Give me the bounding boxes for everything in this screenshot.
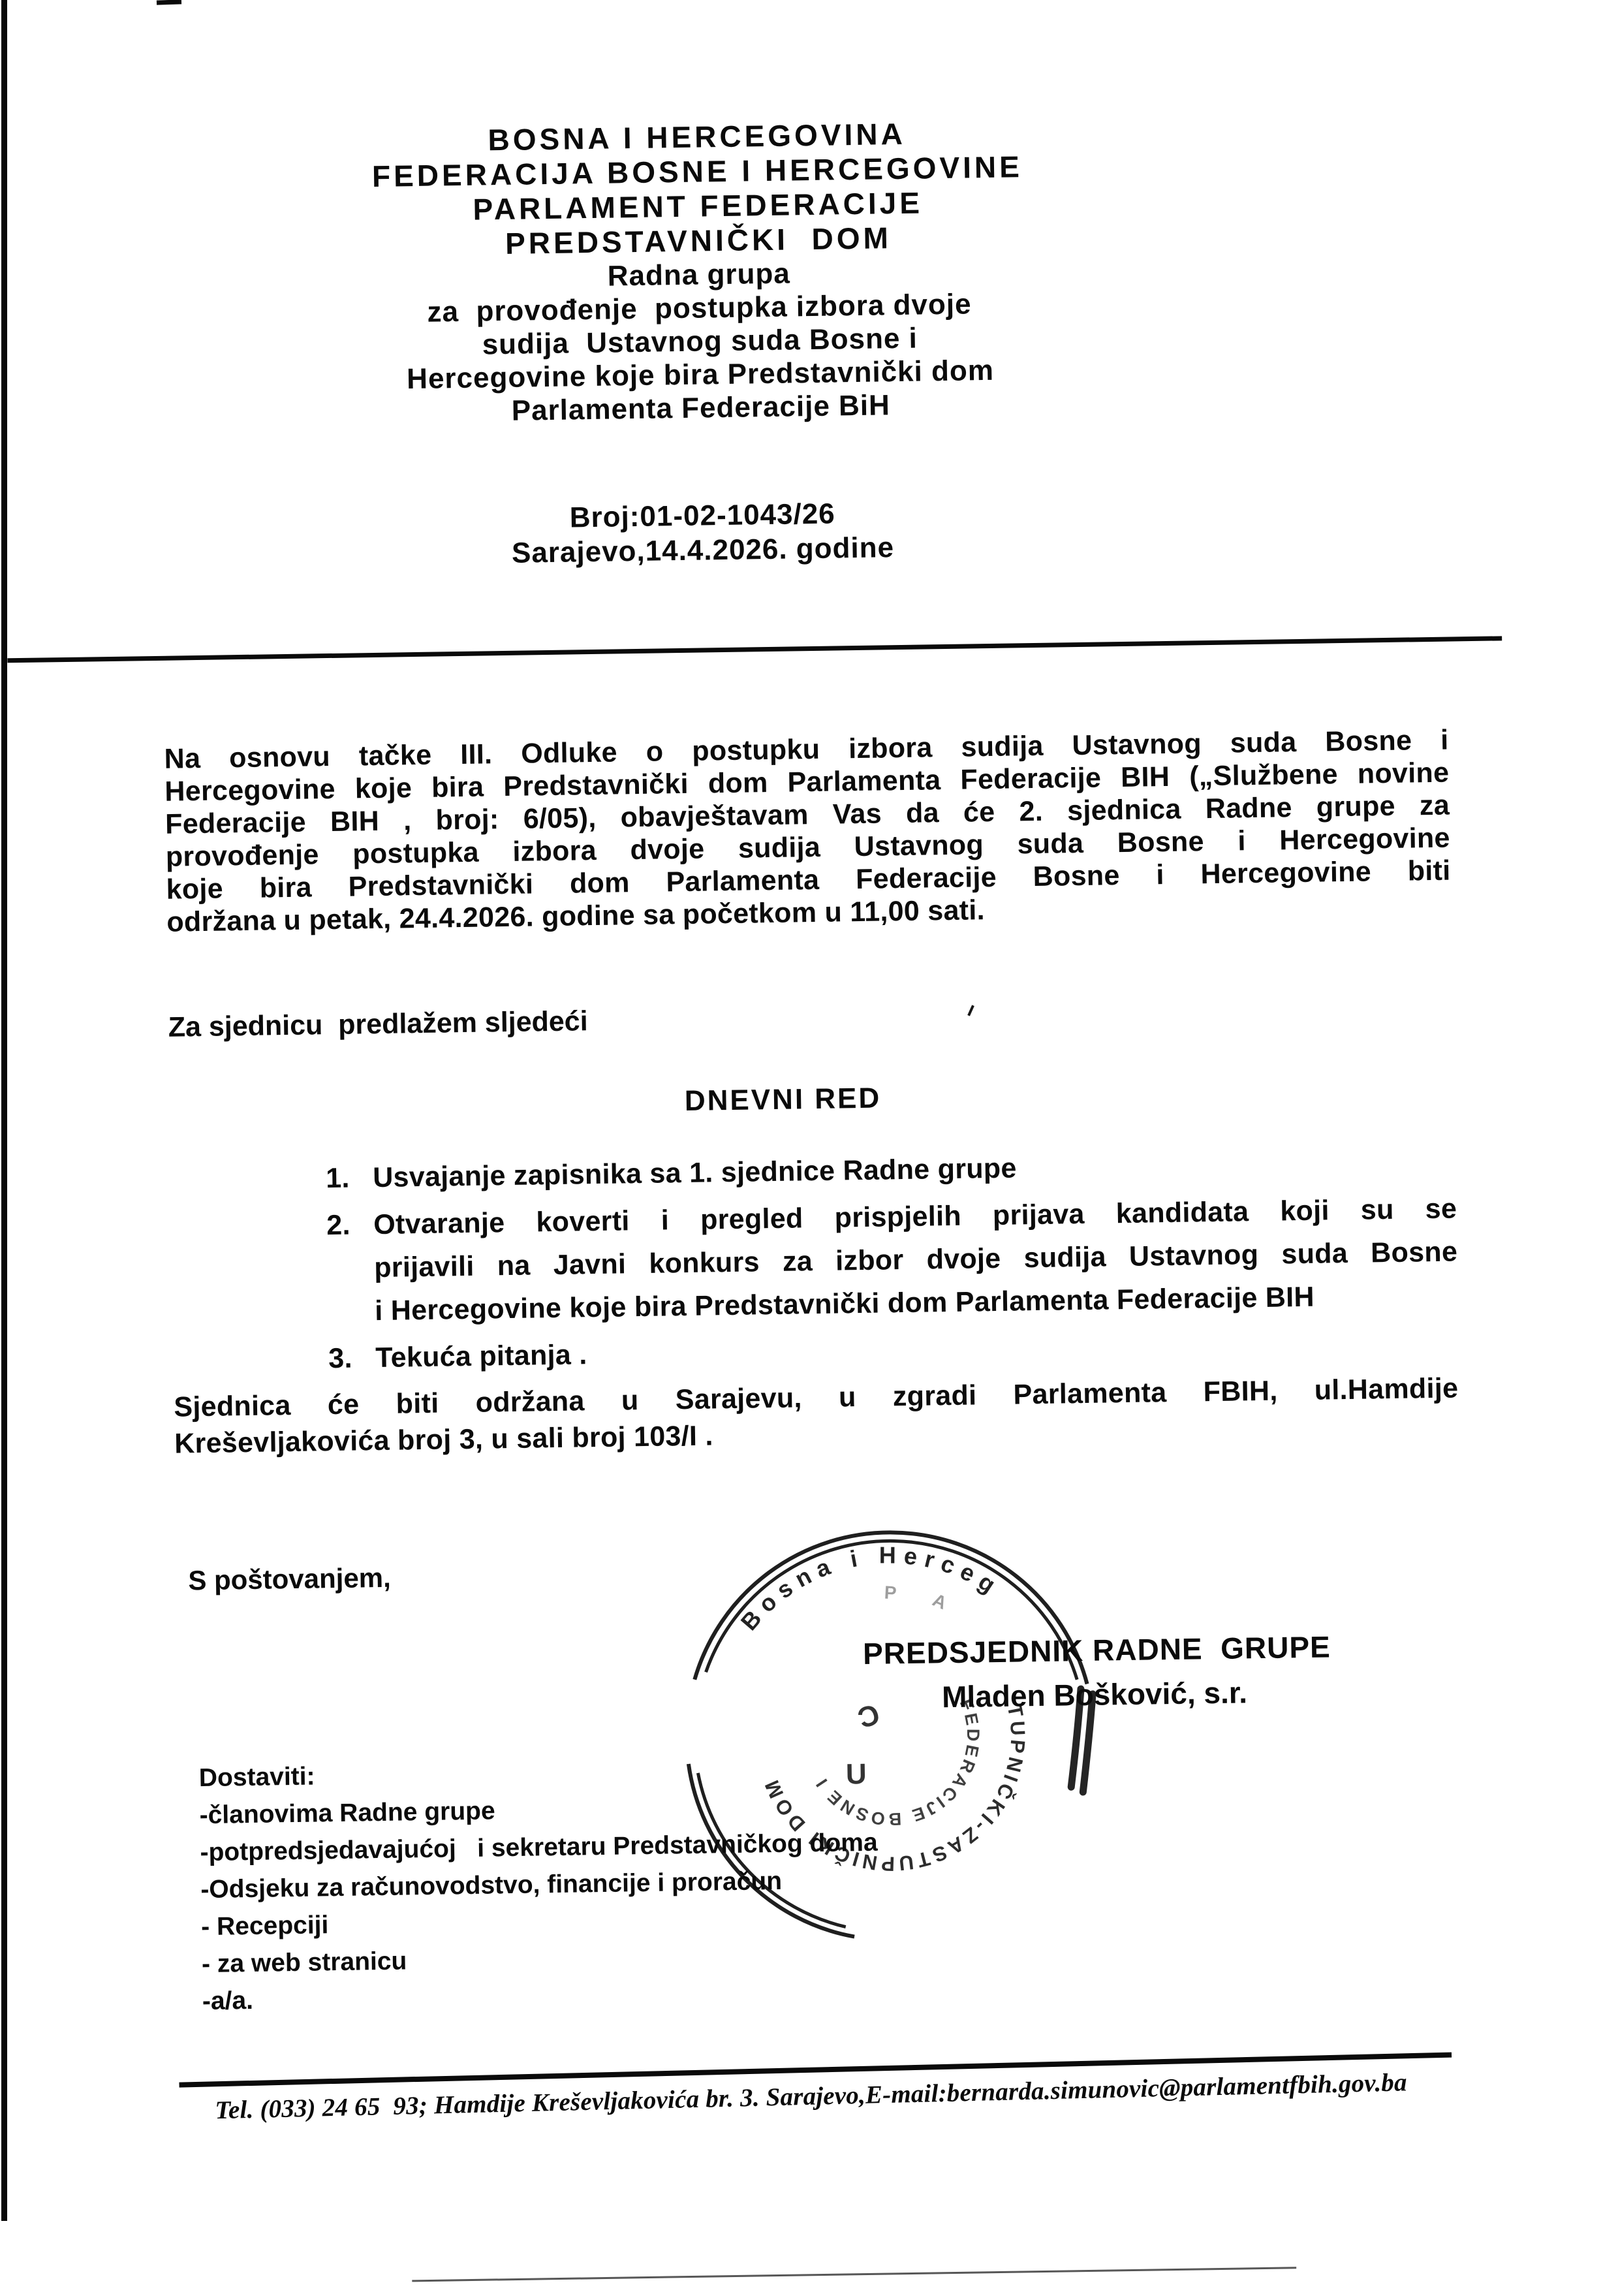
reference-block: Broj:01-02-1043/26 Sarajevo,14.4.2026. g… (0, 488, 1408, 578)
agenda-item-number: 2. (326, 1203, 375, 1333)
bottom-scan-line (412, 2267, 1296, 2282)
letterhead: BOSNA I HERCEGOVINA FEDERACIJA BOSNE I H… (0, 110, 1406, 435)
signature-title: PREDSJEDNIK RADNE GRUPE (863, 1629, 1331, 1671)
distribution-list: Dostaviti: -članovima Radne grupe -potpr… (198, 1750, 880, 2020)
agenda-item-number: 3. (328, 1336, 376, 1380)
footer: Tel. (033) 24 65 93; Hamdije Kreševljako… (174, 2050, 1545, 2126)
header-divider-rule (7, 636, 1502, 663)
closing-salutation: S poštovanjem, (188, 1562, 391, 1597)
stamp-center-glyph: Ɔ (854, 1698, 884, 1735)
agenda-title: DNEVNI RED (6, 1072, 1559, 1127)
signature-name: Mladen Bošković, s.r. (942, 1675, 1248, 1714)
location-paragraph: Sjednica će biti održana u Sarajevu, u z… (174, 1370, 1459, 1462)
agenda-item: 2. Otvaranje koverti i pregled prispjeli… (326, 1187, 1464, 1333)
agenda-item-number: 1. (326, 1156, 373, 1200)
document-content: BOSNA I HERCEGOVINA FEDERACIJA BOSNE I H… (0, 0, 1618, 2296)
stray-tick-mark (967, 1005, 974, 1016)
footer-contact-line: Tel. (033) 24 65 93; Hamdije Kreševljako… (215, 2064, 1545, 2125)
agenda-list: 1. Usvajanje zapisnika sa 1. sjednice Ra… (326, 1140, 1465, 1384)
intro-paragraph: Na osnovu tačke III. Odluke o postupku i… (164, 724, 1451, 939)
proposal-line: Za sjednicu predlažem sljedeći (168, 1005, 588, 1044)
scanned-letter-page: BOSNA I HERCEGOVINA FEDERACIJA BOSNE I H… (0, 0, 1618, 2296)
